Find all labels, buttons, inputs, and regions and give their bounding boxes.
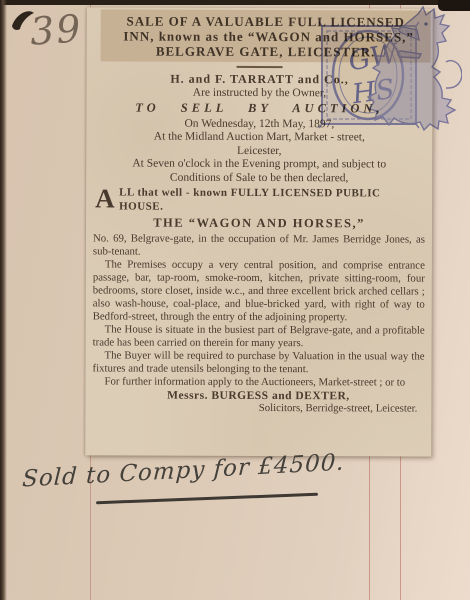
page-number: 39 bbox=[29, 6, 84, 54]
lead-paragraph: ALL that well - known FULLY LICENSED PUB… bbox=[86, 184, 432, 214]
album-top-corner bbox=[438, 0, 470, 11]
album-top-edge bbox=[0, 0, 470, 5]
clipping-body: No. 69, Belgrave-gate, in the occupation… bbox=[85, 232, 432, 389]
paragraph-premises: The Premises occupy a very central posit… bbox=[93, 258, 425, 324]
time-line-2: Conditions of Sale to be then declared, bbox=[86, 171, 432, 186]
venue-line-2: Leicester, bbox=[86, 144, 432, 159]
handwritten-sale-note: Sold to Compy for £4500. bbox=[22, 449, 346, 492]
solicitors-address-line: Solicitors, Berridge-street, Leicester. bbox=[85, 401, 431, 414]
paragraph-occupation: No. 69, Belgrave-gate, in the occupation… bbox=[93, 232, 425, 259]
drop-cap: A bbox=[93, 185, 119, 211]
house-name-heading: THE “WAGON AND HORSES,” bbox=[86, 215, 432, 231]
time-line-1: At Seven o'clock in the Evening prompt, … bbox=[86, 157, 432, 172]
album-binding-edge bbox=[0, 0, 7, 600]
lead-text: LL that well - known FULLY LICENSED PUBL… bbox=[119, 187, 380, 213]
title-divider bbox=[237, 66, 283, 68]
handwritten-underline bbox=[96, 493, 318, 505]
paragraph-situate: The House is situate in the busiest part… bbox=[93, 323, 425, 350]
paragraph-buyer: The Buyer will be required to purchase b… bbox=[92, 349, 424, 376]
paragraph-further-info: For further information apply to the Auc… bbox=[92, 375, 424, 389]
scrapbook-page: { "page": { "page_number": "39", "handwr… bbox=[0, 0, 470, 600]
gwhs-heraldic-stamp: GW HS bbox=[318, 2, 462, 132]
venue-line-1: At the Midland Auction Mart, Market - st… bbox=[86, 130, 432, 145]
